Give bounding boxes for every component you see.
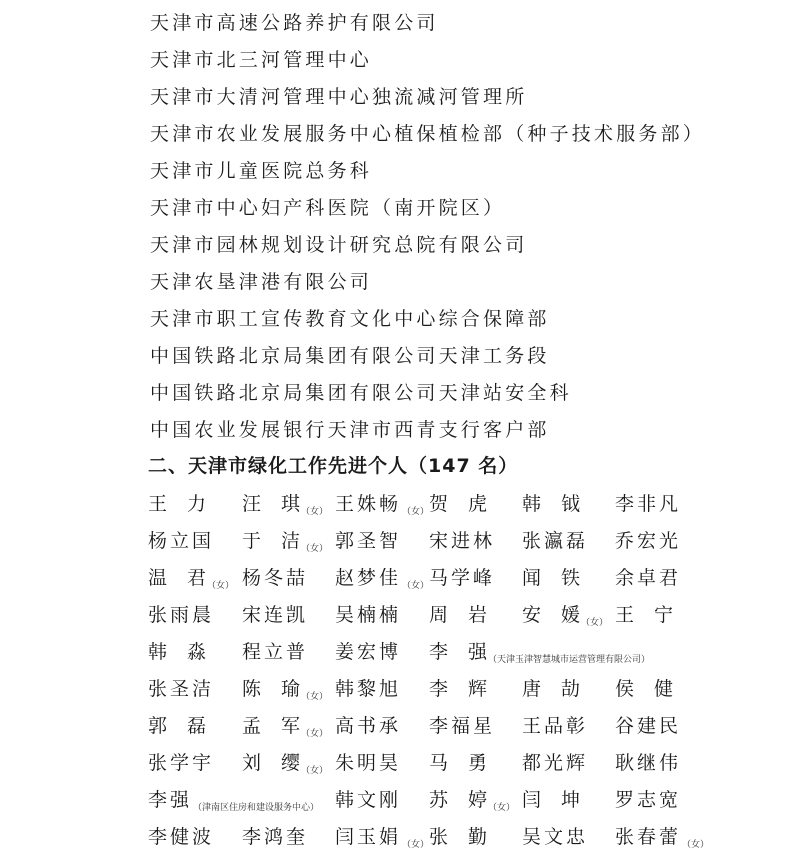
person-name: 张春蕾 — [615, 826, 681, 848]
person-name-entry: 李强（津南区住房和建设服务中心） — [148, 782, 319, 819]
person-note: （女） — [301, 692, 328, 702]
person-name: 张圣洁 — [148, 678, 214, 700]
person-note: （女） — [581, 618, 608, 628]
organization-item: 天津市高速公路养护有限公司 — [150, 5, 705, 42]
person-name: 李强 — [429, 634, 487, 671]
person-note: （女） — [301, 544, 328, 554]
person-name-entry: 李健波 — [148, 819, 214, 856]
person-name-entry: 刘缨（女） — [242, 745, 328, 782]
names-row: 杨立国于洁（女）郭圣智宋进林张瀛磊乔宏光 — [148, 523, 794, 560]
person-name: 张瀛磊 — [522, 530, 588, 552]
person-name: 周岩 — [429, 597, 487, 634]
person-name-entry: 韩钺 — [522, 486, 580, 523]
person-name: 张学宇 — [148, 752, 214, 774]
person-name-entry: 李强（天津玉津智慧城市运营管理有限公司） — [429, 634, 650, 671]
person-name: 李健波 — [148, 826, 214, 848]
person-name-entry: 谷建民 — [615, 708, 681, 745]
person-name-entry: 陈瑜（女） — [242, 671, 328, 708]
person-name-entry: 闫玉娟（女） — [335, 819, 429, 856]
person-name-entry: 韩黎旭 — [335, 671, 401, 708]
person-name: 宋进林 — [429, 530, 495, 552]
person-name: 杨冬喆 — [242, 567, 308, 589]
organization-item: 中国铁路北京局集团有限公司天津工务段 — [150, 338, 705, 375]
person-note: （女） — [402, 840, 429, 850]
person-name-entry: 汪琪（女） — [242, 486, 328, 523]
names-row: 温君（女）杨冬喆赵梦佳（女）马学峰闻铁余卓君 — [148, 560, 794, 597]
person-name-entry: 侯健 — [615, 671, 673, 708]
names-row: 韩淼程立普姜宏博李强（天津玉津智慧城市运营管理有限公司） — [148, 634, 794, 671]
person-name-entry: 杨冬喆 — [242, 560, 308, 597]
person-name: 李非凡 — [615, 493, 681, 515]
names-row: 李强（津南区住房和建设服务中心）韩文刚苏婷（女）闫坤罗志宽 — [148, 782, 794, 819]
names-row: 李健波李鸿奎闫玉娟（女）张勤吴文忠张春蕾（女） — [148, 819, 794, 856]
person-name-entry: 张勤 — [429, 819, 487, 856]
person-name-entry: 张圣洁 — [148, 671, 214, 708]
person-name: 赵梦佳 — [335, 567, 401, 589]
organization-item: 天津市北三河管理中心 — [150, 42, 705, 79]
organization-item: 中国农业发展银行天津市西青支行客户部 — [150, 412, 705, 449]
person-name-entry: 王品彰 — [522, 708, 588, 745]
names-row: 王力汪琪（女）王姝畅（女）贺虎韩钺李非凡 — [148, 486, 794, 523]
person-name: 李辉 — [429, 671, 487, 708]
person-name: 温君 — [148, 560, 206, 597]
person-name-entry: 孟军（女） — [242, 708, 328, 745]
person-name-entry: 都光辉 — [522, 745, 588, 782]
person-name-entry: 王宁 — [615, 597, 673, 634]
person-name-entry: 高书承 — [335, 708, 401, 745]
person-name: 孟军 — [242, 708, 300, 745]
person-name-entry: 张春蕾（女） — [615, 819, 709, 856]
person-name-entry: 苏婷（女） — [429, 782, 515, 819]
person-name: 唐劼 — [522, 671, 580, 708]
organization-item: 天津市中心妇产科医院（南开院区） — [150, 190, 705, 227]
person-name-entry: 周岩 — [429, 597, 487, 634]
person-name: 苏婷 — [429, 782, 487, 819]
person-name: 罗志宽 — [615, 789, 681, 811]
person-name: 姜宏博 — [335, 641, 401, 663]
person-name: 郭磊 — [148, 708, 206, 745]
person-note: （津南区住房和建设服务中心） — [193, 803, 319, 813]
names-row: 郭磊孟军（女）高书承李福星王品彰谷建民 — [148, 708, 794, 745]
person-name: 朱明昊 — [335, 752, 401, 774]
organization-item: 天津市农业发展服务中心植保植检部（种子技术服务部） — [150, 116, 705, 153]
person-name: 贺虎 — [429, 486, 487, 523]
person-note: （女） — [301, 507, 328, 517]
person-name-entry: 闻铁 — [522, 560, 580, 597]
person-name-entry: 唐劼 — [522, 671, 580, 708]
person-name-entry: 宋进林 — [429, 523, 495, 560]
person-name-entry: 马勇 — [429, 745, 487, 782]
person-name: 刘缨 — [242, 745, 300, 782]
person-name-entry: 张瀛磊 — [522, 523, 588, 560]
person-name-entry: 马学峰 — [429, 560, 495, 597]
names-row: 张圣洁陈瑜（女）韩黎旭李辉唐劼侯健 — [148, 671, 794, 708]
person-name-entry: 李辉 — [429, 671, 487, 708]
organization-item: 天津市大清河管理中心独流减河管理所 — [150, 79, 705, 116]
section-heading: 二、天津市绿化工作先进个人（147 名） — [148, 448, 518, 485]
organization-item: 天津市职工宣传教育文化中心综合保障部 — [150, 301, 705, 338]
person-name-entry: 郭磊 — [148, 708, 206, 745]
person-name-entry: 王力 — [148, 486, 206, 523]
person-name: 李鸿奎 — [242, 826, 308, 848]
person-name: 张雨晨 — [148, 604, 214, 626]
person-name-entry: 李非凡 — [615, 486, 681, 523]
person-name-entry: 吴文忠 — [522, 819, 588, 856]
person-name: 都光辉 — [522, 752, 588, 774]
person-name: 余卓君 — [615, 567, 681, 589]
person-name-entry: 温君（女） — [148, 560, 234, 597]
person-name-entry: 耿继伟 — [615, 745, 681, 782]
person-name: 韩钺 — [522, 486, 580, 523]
person-name: 王宁 — [615, 597, 673, 634]
person-name-entry: 贺虎 — [429, 486, 487, 523]
organization-item: 天津市儿童医院总务科 — [150, 153, 705, 190]
person-name-entry: 李福星 — [429, 708, 495, 745]
names-row: 张学宇刘缨（女）朱明昊马勇都光辉耿继伟 — [148, 745, 794, 782]
person-name-entry: 张学宇 — [148, 745, 214, 782]
person-name: 程立普 — [242, 641, 308, 663]
person-name: 乔宏光 — [615, 530, 681, 552]
person-name: 闫玉娟 — [335, 826, 401, 848]
person-name: 汪琪 — [242, 486, 300, 523]
person-name: 吴文忠 — [522, 826, 588, 848]
organization-item: 中国铁路北京局集团有限公司天津站安全科 — [150, 375, 705, 412]
person-name-entry: 杨立国 — [148, 523, 214, 560]
person-name: 闫坤 — [522, 782, 580, 819]
person-name: 闻铁 — [522, 560, 580, 597]
person-name: 王力 — [148, 486, 206, 523]
person-note: （女） — [402, 581, 429, 591]
person-name-entry: 罗志宽 — [615, 782, 681, 819]
person-note: （女） — [301, 766, 328, 776]
person-name: 马学峰 — [429, 567, 495, 589]
organization-item: 天津农垦津港有限公司 — [150, 264, 705, 301]
person-name: 李强 — [148, 789, 192, 811]
person-name: 陈瑜 — [242, 671, 300, 708]
person-note: （天津玉津智慧城市运营管理有限公司） — [488, 655, 650, 665]
individuals-name-grid: 王力汪琪（女）王姝畅（女）贺虎韩钺李非凡杨立国于洁（女）郭圣智宋进林张瀛磊乔宏光… — [148, 486, 794, 856]
person-name: 张勤 — [429, 819, 487, 856]
person-name-entry: 余卓君 — [615, 560, 681, 597]
person-name-entry: 安媛（女） — [522, 597, 608, 634]
person-name-entry: 郭圣智 — [335, 523, 401, 560]
person-name: 于洁 — [242, 523, 300, 560]
person-note: （女） — [207, 581, 234, 591]
person-name: 安媛 — [522, 597, 580, 634]
names-row: 张雨晨宋连凯吴楠楠周岩安媛（女）王宁 — [148, 597, 794, 634]
person-name-entry: 于洁（女） — [242, 523, 328, 560]
person-name-entry: 姜宏博 — [335, 634, 401, 671]
person-name: 侯健 — [615, 671, 673, 708]
organization-item: 天津市园林规划设计研究总院有限公司 — [150, 227, 705, 264]
person-name: 王姝畅 — [335, 493, 401, 515]
person-note: （女） — [488, 803, 515, 813]
person-note: （女） — [682, 840, 709, 850]
person-name-entry: 闫坤 — [522, 782, 580, 819]
person-name: 耿继伟 — [615, 752, 681, 774]
person-name-entry: 李鸿奎 — [242, 819, 308, 856]
person-name-entry: 张雨晨 — [148, 597, 214, 634]
person-name: 韩文刚 — [335, 789, 401, 811]
person-name: 韩黎旭 — [335, 678, 401, 700]
person-name: 吴楠楠 — [335, 604, 401, 626]
person-name-entry: 韩文刚 — [335, 782, 401, 819]
person-name: 杨立国 — [148, 530, 214, 552]
person-name: 马勇 — [429, 745, 487, 782]
person-name: 郭圣智 — [335, 530, 401, 552]
person-name-entry: 韩淼 — [148, 634, 206, 671]
person-name-entry: 赵梦佳（女） — [335, 560, 429, 597]
person-name: 宋连凯 — [242, 604, 308, 626]
person-note: （女） — [301, 729, 328, 739]
person-name-entry: 吴楠楠 — [335, 597, 401, 634]
person-note: （女） — [402, 507, 429, 517]
person-name-entry: 王姝畅（女） — [335, 486, 429, 523]
person-name: 李福星 — [429, 715, 495, 737]
document-page: 天津市高速公路养护有限公司 天津市北三河管理中心 天津市大清河管理中心独流减河管… — [0, 0, 794, 859]
organization-list: 天津市高速公路养护有限公司 天津市北三河管理中心 天津市大清河管理中心独流减河管… — [150, 5, 705, 449]
person-name: 韩淼 — [148, 634, 206, 671]
person-name: 王品彰 — [522, 715, 588, 737]
person-name-entry: 程立普 — [242, 634, 308, 671]
person-name-entry: 宋连凯 — [242, 597, 308, 634]
person-name-entry: 乔宏光 — [615, 523, 681, 560]
person-name: 谷建民 — [615, 715, 681, 737]
person-name: 高书承 — [335, 715, 401, 737]
person-name-entry: 朱明昊 — [335, 745, 401, 782]
